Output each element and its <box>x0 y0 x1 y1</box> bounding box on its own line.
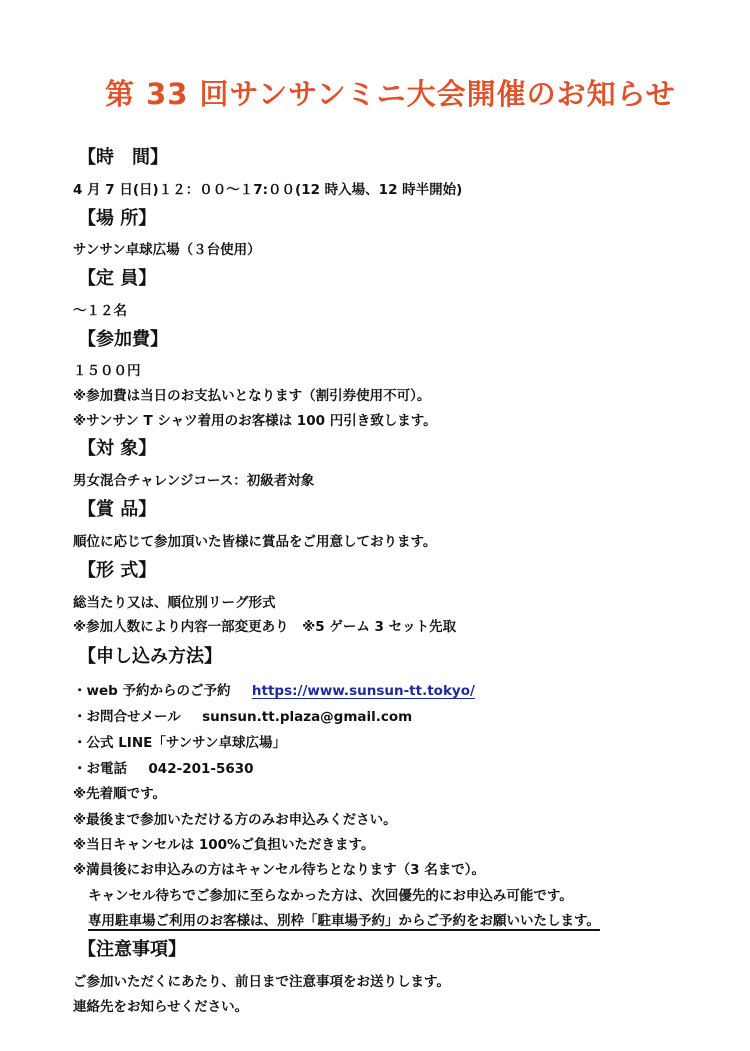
heading-format: 【形 式】 <box>78 556 156 582</box>
time-value: 4 月 7 日(日)１２：００～１7:００(12 時入場、12 時半開始) <box>73 178 462 198</box>
place-value: サンサン卓球広場（３台使用） <box>73 238 261 258</box>
apply-note-waitlist-priority: キャンセル待ちでご参加に至らなかった方は、次回優先的にお申込み可能です。 <box>88 884 573 904</box>
heading-time: 【時 間】 <box>78 143 168 169</box>
apply-note-parking: 専用駐車場ご利用のお客様は、別枠「駐車場予約」からご予約をお願いいたします。 <box>88 909 600 929</box>
apply-mail: ・お問合せメール sunsun.tt.plaza@gmail.com <box>73 705 412 725</box>
apply-line: ・公式 LINE「サンサン卓球広場」 <box>73 731 286 751</box>
prize-value: 順位に応じて参加頂いた皆様に賞品をご用意しております。 <box>73 530 436 550</box>
apply-phone-label: ・お電話 <box>73 761 127 777</box>
format-note: ※参加人数により内容一部変更あり ※5 ゲーム 3 セット先取 <box>73 615 456 635</box>
fee-note-tshirt: ※サンサン T シャツ着用のお客様は 100 円引き致します。 <box>73 409 437 429</box>
apply-phone: ・お電話 042-201-5630 <box>73 757 254 777</box>
fee-note-payment: ※参加費は当日のお支払いとなります（割引券使用不可）。 <box>73 384 430 404</box>
apply-note-waitlist: ※満員後にお申込みの方はキャンセル待ちとなります（3 名まで）。 <box>73 858 485 878</box>
heading-fee: 【参加費】 <box>78 325 168 351</box>
website-link[interactable]: https://www.sunsun-tt.tokyo/ <box>252 683 475 699</box>
apply-note-cancel: ※当日キャンセルは 100%ご負担いただきます。 <box>73 833 374 853</box>
apply-web-label: ・web 予約からのご予約 <box>73 683 231 699</box>
apply-note-first-come: ※先着順です。 <box>73 782 166 802</box>
target-value: 男女混合チャレンジコース：初級者対象 <box>73 469 314 489</box>
page-title: 第 33 回サンサンミニ大会開催のお知らせ <box>105 72 676 113</box>
heading-target: 【対 象】 <box>78 434 156 460</box>
notice-line-1: ご参加いただくにあたり、前日まで注意事項をお送りします。 <box>73 970 450 990</box>
heading-notice: 【注意事項】 <box>78 935 186 961</box>
notice-line-2: 連絡先をお知らせください。 <box>73 995 248 1015</box>
phone-number: 042-201-5630 <box>148 761 253 777</box>
heading-prize: 【賞 品】 <box>78 495 156 521</box>
apply-mail-label: ・お問合せメール <box>73 709 181 725</box>
format-value: 総当たり又は、順位別リーグ形式 <box>73 591 276 611</box>
capacity-value: ～１２名 <box>73 299 127 319</box>
email-address: sunsun.tt.plaza@gmail.com <box>202 709 412 725</box>
fee-value: １５００円 <box>73 359 141 379</box>
apply-web: ・web 予約からのご予約 https://www.sunsun-tt.toky… <box>73 679 475 699</box>
heading-capacity: 【定 員】 <box>78 264 156 290</box>
heading-place: 【場 所】 <box>78 204 156 230</box>
apply-note-attend: ※最後まで参加いただける方のみお申込みください。 <box>73 808 397 828</box>
heading-apply: 【申し込み方法】 <box>78 642 222 668</box>
